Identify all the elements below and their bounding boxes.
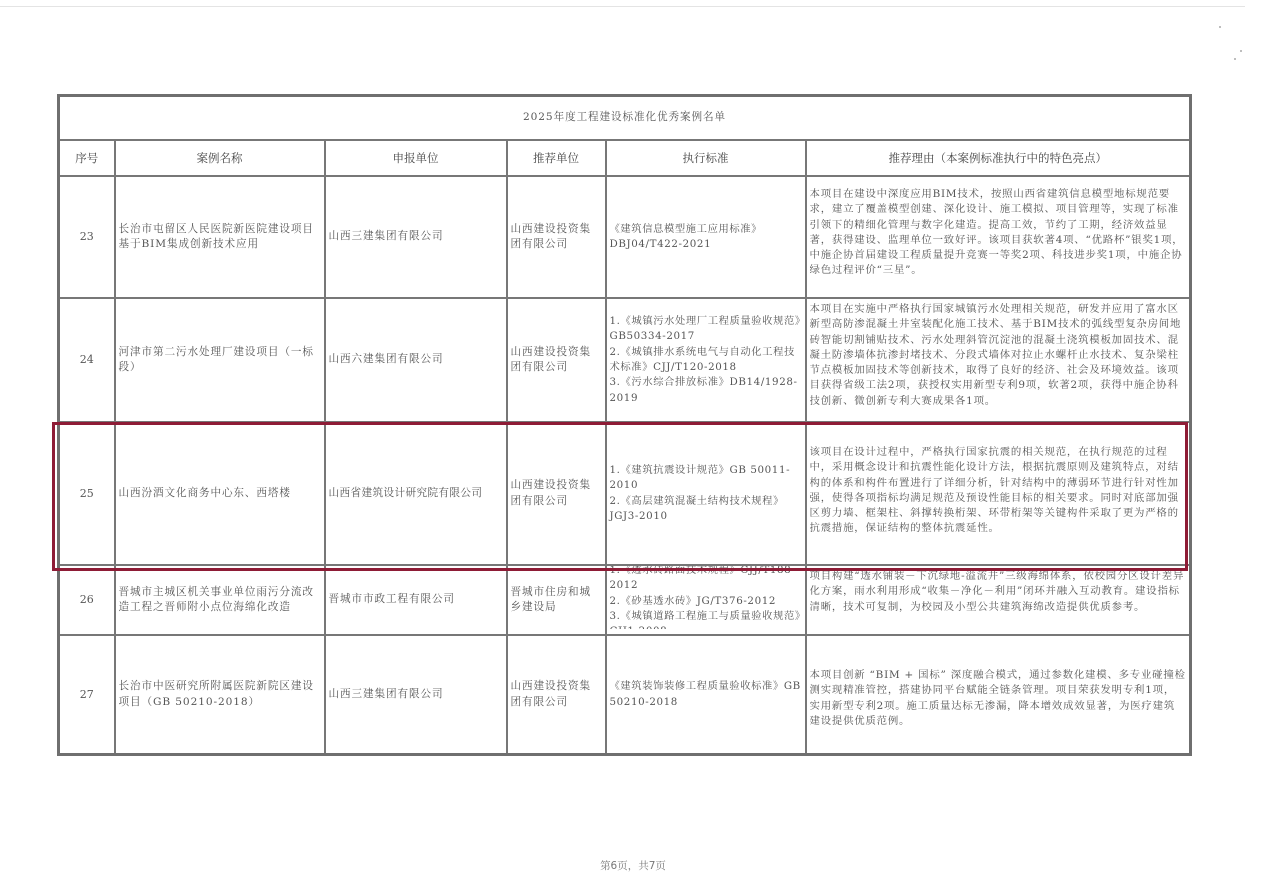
reason-text: 项目构建“透水铺装－下沉绿地-溢流井”三级海绵体系，依校园分区设计差异化方案，雨… <box>810 566 1187 632</box>
table-row-highlighted: 25 山西汾酒文化商务中心东、西塔楼 山西省建筑设计研究院有限公司 山西建设投资… <box>59 422 1191 565</box>
row-reason: 本项目在建设中深度应用BIM技术，按照山西省建筑信息模型地标规范要求，建立了覆盖… <box>806 176 1191 298</box>
scan-speck <box>1234 58 1236 60</box>
table-header-row: 序号 案例名称 申报单位 推荐单位 执行标准 推荐理由（本案例标准执行中的特色亮… <box>59 140 1191 176</box>
row-recommender: 晋城市住房和城乡建设局 <box>507 565 606 635</box>
row-case-name: 长治市中医研究所附属医院新院区建设项目（GB 50210-2018） <box>115 635 325 755</box>
standard-item: 《建筑装饰装修工程质量验收标准》GB 50210-2018 <box>610 679 802 710</box>
table-row: 27 长治市中医研究所附属医院新院区建设项目（GB 50210-2018） 山西… <box>59 635 1191 755</box>
row-index: 27 <box>59 635 115 755</box>
page-top-rule <box>0 6 1245 7</box>
scan-speck <box>1219 26 1221 28</box>
row-case-name: 晋城市主城区机关事业单位雨污分流改造工程之晋师附小点位海绵化改造 <box>115 565 325 635</box>
row-applicant: 山西省建筑设计研究院有限公司 <box>325 422 507 565</box>
row-reason: 项目构建“透水铺装－下沉绿地-溢流井”三级海绵体系，依校园分区设计差异化方案，雨… <box>806 565 1191 635</box>
row-standards: 《建筑信息模型施工应用标准》DBJ04/T422-2021 <box>606 176 806 298</box>
page-number-footer: 第6页，共7页 <box>0 858 1266 873</box>
row-index: 24 <box>59 298 115 422</box>
excellent-cases-table: 2025年度工程建设标准化优秀案例名单 序号 案例名称 申报单位 推荐单位 执行… <box>57 94 1192 756</box>
row-applicant: 山西六建集团有限公司 <box>325 298 507 422</box>
row-case-name: 长治市屯留区人民医院新医院建设项目基于BIM集成创新技术应用 <box>115 176 325 298</box>
row-index: 26 <box>59 565 115 635</box>
header-case-name: 案例名称 <box>115 140 325 176</box>
document-title: 2025年度工程建设标准化优秀案例名单 <box>59 96 1191 141</box>
standard-item: 3.《污水综合排放标准》DB14/1928-2019 <box>610 375 802 406</box>
header-reason: 推荐理由（本案例标准执行中的特色亮点） <box>806 140 1191 176</box>
row-reason: 本项目在实施中严格执行国家城镇污水处理相关规范，研发并应用了富水区新型高防渗混凝… <box>806 298 1191 422</box>
standard-item: 1.《透水砖路面技术规程》CJJ/T188-2012 <box>610 565 802 594</box>
table-row: 24 河津市第二污水处理厂建设项目（一标段） 山西六建集团有限公司 山西建设投资… <box>59 298 1191 422</box>
standard-item: 2.《高层建筑混凝土结构技术规程》JGJ3-2010 <box>610 494 802 525</box>
standard-item: 1.《城镇污水处理厂工程质量验收规范》GB50334-2017 <box>610 314 802 345</box>
row-index: 23 <box>59 176 115 298</box>
header-applicant: 申报单位 <box>325 140 507 176</box>
row-recommender: 山西建设投资集团有限公司 <box>507 422 606 565</box>
row-standards: 1.《城镇污水处理厂工程质量验收规范》GB50334-2017 2.《城镇排水系… <box>606 298 806 422</box>
row-case-name: 山西汾酒文化商务中心东、西塔楼 <box>115 422 325 565</box>
row-standards: 1.《透水砖路面技术规程》CJJ/T188-2012 2.《砂基透水砖》JG/T… <box>606 565 806 635</box>
header-standards: 执行标准 <box>606 140 806 176</box>
row-standards: 《建筑装饰装修工程质量验收标准》GB 50210-2018 <box>606 635 806 755</box>
reason-text: 本项目创新 “BIM + 国标” 深度融合模式，通过参数化建模、多专业碰撞检测实… <box>810 636 1187 751</box>
scan-speck <box>1240 50 1242 52</box>
standard-item: 1.《建筑抗震设计规范》GB 50011-2010 <box>610 463 802 494</box>
standard-item: 2.《城镇排水系统电气与自动化工程技术标准》CJJ/T120-2018 <box>610 345 802 376</box>
row-index: 25 <box>59 422 115 565</box>
reason-text: 本项目在实施中严格执行国家城镇污水处理相关规范，研发并应用了富水区新型高防渗混凝… <box>810 299 1187 419</box>
row-reason: 本项目创新 “BIM + 国标” 深度融合模式，通过参数化建模、多专业碰撞检测实… <box>806 635 1191 755</box>
table-row: 23 长治市屯留区人民医院新医院建设项目基于BIM集成创新技术应用 山西三建集团… <box>59 176 1191 298</box>
header-index: 序号 <box>59 140 115 176</box>
table-row: 26 晋城市主城区机关事业单位雨污分流改造工程之晋师附小点位海绵化改造 晋城市市… <box>59 565 1191 635</box>
standard-item: 《建筑信息模型施工应用标准》DBJ04/T422-2021 <box>610 222 802 253</box>
standard-item: 3.《城镇道路工程施工与质量验收规范》CJJ1-2008 <box>610 609 802 629</box>
row-case-name: 河津市第二污水处理厂建设项目（一标段） <box>115 298 325 422</box>
reason-text: 该项目在设计过程中，严格执行国家抗震的相关规范，在执行规范的过程中，采用概念设计… <box>810 423 1187 562</box>
row-applicant: 山西三建集团有限公司 <box>325 635 507 755</box>
row-recommender: 山西建设投资集团有限公司 <box>507 176 606 298</box>
row-applicant: 山西三建集团有限公司 <box>325 176 507 298</box>
reason-text: 本项目在建设中深度应用BIM技术，按照山西省建筑信息模型地标规范要求，建立了覆盖… <box>810 177 1187 295</box>
row-standards: 1.《建筑抗震设计规范》GB 50011-2010 2.《高层建筑混凝土结构技术… <box>606 422 806 565</box>
row-recommender: 山西建设投资集团有限公司 <box>507 298 606 422</box>
row-reason: 该项目在设计过程中，严格执行国家抗震的相关规范，在执行规范的过程中，采用概念设计… <box>806 422 1191 565</box>
row-recommender: 山西建设投资集团有限公司 <box>507 635 606 755</box>
header-recommender: 推荐单位 <box>507 140 606 176</box>
row-applicant: 晋城市市政工程有限公司 <box>325 565 507 635</box>
standard-item: 2.《砂基透水砖》JG/T376-2012 <box>610 594 802 609</box>
